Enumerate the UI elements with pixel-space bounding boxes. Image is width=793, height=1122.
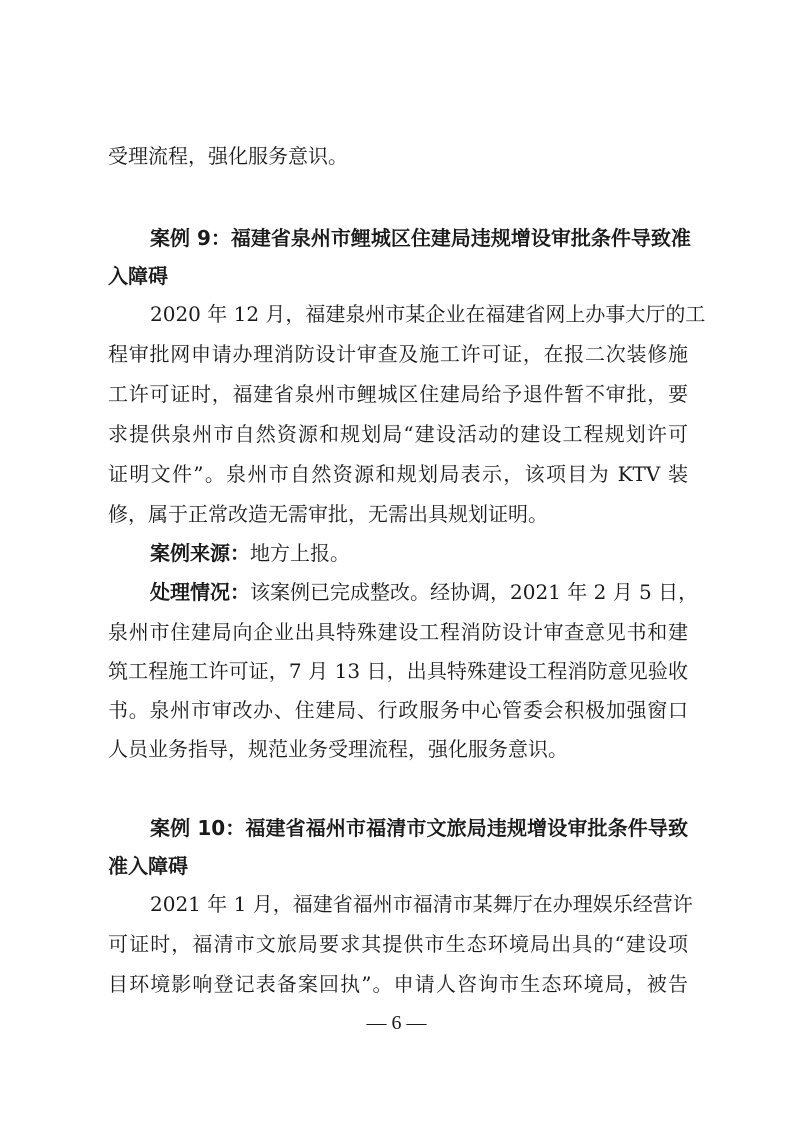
continuation-line: 受理流程，强化服务意识。 [108, 141, 688, 171]
case9-handling-line: 筑工程施工许可证，7 月 13 日，出具特殊建设工程消防意见验收 [108, 656, 688, 686]
source-label: 案例来源： [150, 541, 250, 565]
case10-heading-line-2: 准入障碍 [108, 851, 688, 881]
case9-handling-line: 人员业务指导，规范业务受理流程，强化服务意识。 [108, 734, 688, 764]
case9-body-line: 2020 年 12 月，福建泉州市某企业在福建省网上办事大厅的工 [150, 299, 688, 329]
case10-heading-line-1: 案例 10：福建省福州市福清市文旅局违规增设审批条件导致 [150, 813, 688, 843]
page-number: — 6 — [0, 1012, 793, 1035]
handling-label: 处理情况： [150, 580, 250, 604]
case9-body-line: 工许可证时，福建省泉州市鲤城区住建局给予退件暂不审批，要 [108, 379, 688, 409]
document-page: 受理流程，强化服务意识。 案例 9：福建省泉州市鲤城区住建局违规增设审批条件导致… [0, 0, 793, 1122]
case9-heading-line-1: 案例 9：福建省泉州市鲤城区住建局违规增设审批条件导致准 [150, 223, 688, 253]
case9-handling-line: 泉州市住建局向企业出具特殊建设工程消防设计审查意见书和建 [108, 617, 688, 647]
handling-text: 该案例已完成整改。经协调，2021 年 2 月 5 日， [250, 580, 698, 604]
case9-body-line: 求提供泉州市自然资源和规划局“建设活动的建设工程规划许可 [108, 419, 688, 449]
case9-handling-line: 书。泉州市审改办、住建局、行政服务中心管委会积极加强窗口 [108, 695, 688, 725]
case9-source: 案例来源：地方上报。 [150, 538, 688, 568]
case9-heading-line-2: 入障碍 [108, 261, 688, 291]
source-text: 地方上报。 [250, 541, 350, 565]
case9-body-line: 修，属于正常改造无需审批，无需出具规划证明。 [108, 499, 688, 529]
case9-body-line: 证明文件”。泉州市自然资源和规划局表示，该项目为 KTV 装 [108, 459, 688, 489]
case9-body-line: 程审批网申请办理消防设计审查及施工许可证，在报二次装修施 [108, 339, 688, 369]
case9-handling-line: 处理情况：该案例已完成整改。经协调，2021 年 2 月 5 日， [150, 577, 688, 607]
case10-body-line: 2021 年 1 月，福建省福州市福清市某舞厅在办理娱乐经营许 [150, 889, 688, 919]
case10-body-line: 可证时，福清市文旅局要求其提供市生态环境局出具的“建设项 [108, 929, 688, 959]
case10-body-line: 目环境影响登记表备案回执”。申请人咨询市生态环境局，被告 [108, 969, 688, 999]
